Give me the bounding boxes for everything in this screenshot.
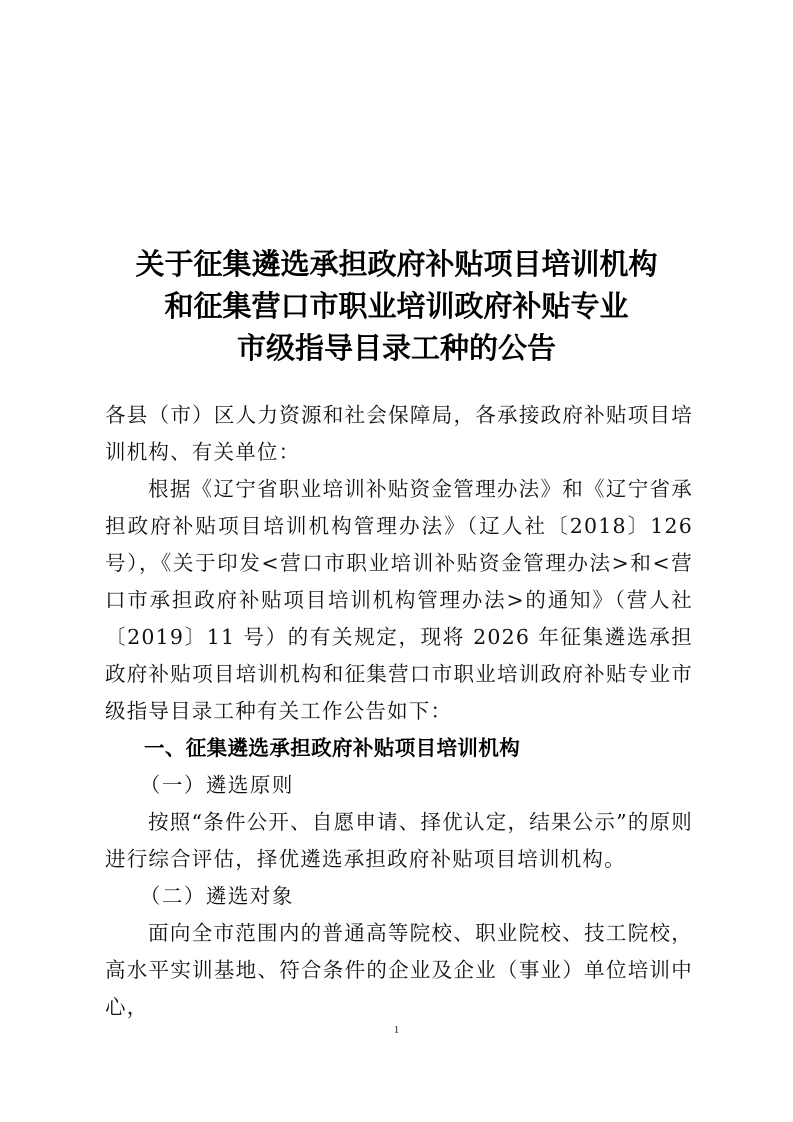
subsection-body-1: 按照“条件公开、自愿申请、择优认定，结果公示”的原则进行综合评估，择优遴选承担政…: [105, 804, 693, 878]
title-line-3: 市级指导目录工种的公告: [0, 327, 793, 369]
title-line-1: 关于征集遴选承担政府补贴项目培训机构: [0, 243, 793, 285]
intro-paragraph: 根据《辽宁省职业培训补贴资金管理办法》和《辽宁省承担政府补贴项目培训机构管理办法…: [105, 471, 693, 730]
subsection-body-2: 面向全市范围内的普通高等院校、职业院校、技工院校，高水平实训基地、符合条件的企业…: [105, 915, 693, 1026]
title-line-2: 和征集营口市职业培训政府补贴专业: [0, 285, 793, 327]
document-title: 关于征集遴选承担政府补贴项目培训机构 和征集营口市职业培训政府补贴专业 市级指导…: [0, 243, 793, 369]
document-body: 各县（市）区人力资源和社会保障局，各承接政府补贴项目培训机构、有关单位： 根据《…: [105, 397, 693, 1026]
page-number: 1: [0, 1024, 793, 1036]
subsection-heading-2: （二）遴选对象: [105, 878, 693, 915]
document-page: 关于征集遴选承担政府补贴项目培训机构 和征集营口市职业培训政府补贴专业 市级指导…: [0, 0, 793, 1122]
section-heading-1: 一、征集遴选承担政府补贴项目培训机构: [105, 730, 693, 767]
subsection-heading-1: （一）遴选原则: [105, 767, 693, 804]
salutation: 各县（市）区人力资源和社会保障局，各承接政府补贴项目培训机构、有关单位：: [105, 397, 693, 471]
